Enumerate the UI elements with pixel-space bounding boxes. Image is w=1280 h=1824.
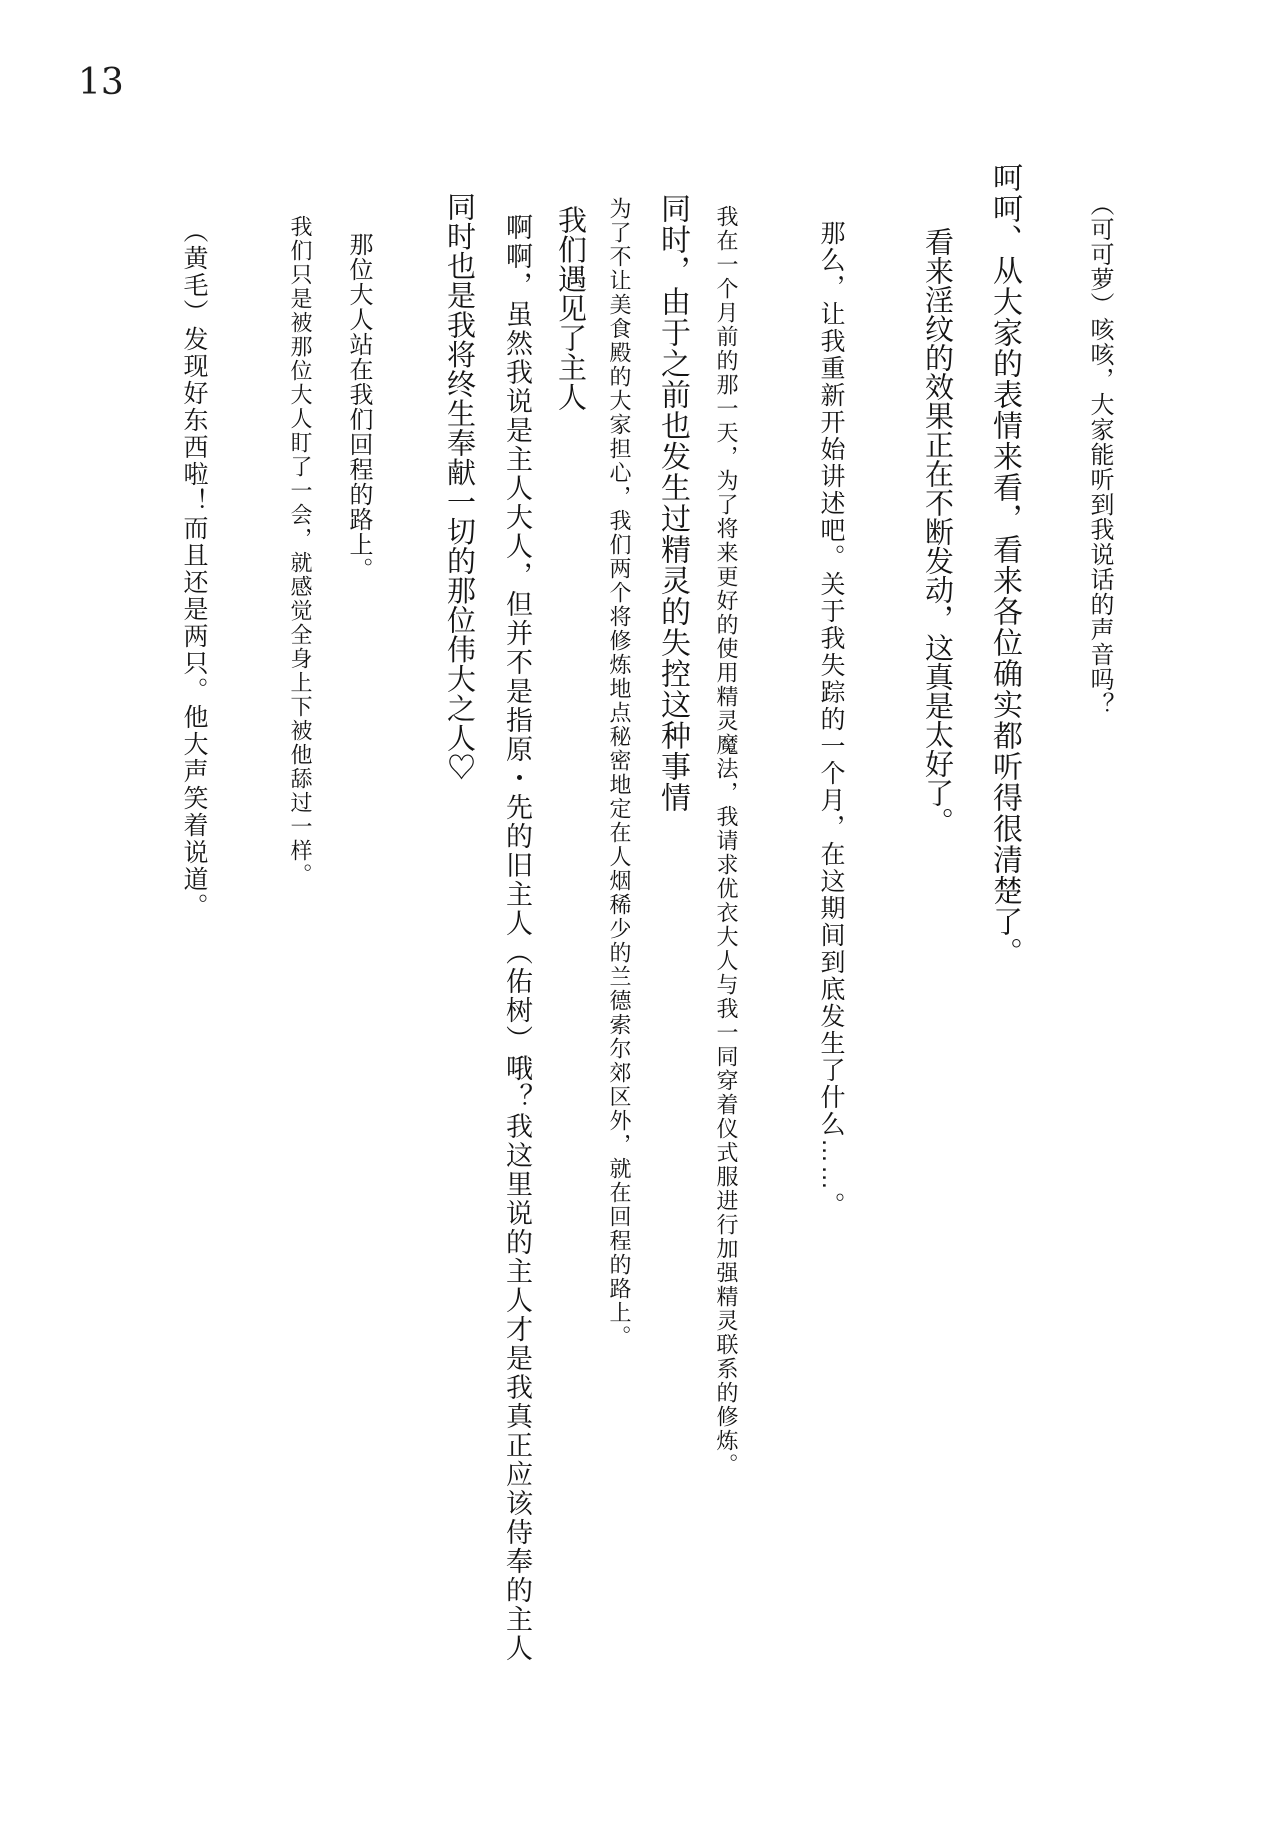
page-number: 13 xyxy=(78,62,124,103)
text-column: 我们遇见了主人 xyxy=(555,205,584,412)
text-column: 看来淫纹的效果正在不断发动，这真是太好了。 xyxy=(922,227,951,836)
text-column: （黄毛）发现好东西啦！而且还是两只。他大声笑着说道。 xyxy=(181,218,206,920)
text-column: 我在一个月前的那一天，为了将来更好的使用精灵魔法，我请求优衣大人与我一同穿着仪式… xyxy=(715,205,737,1477)
text-column: 同时，由于之前也发生过精灵的失控这种事情 xyxy=(657,193,687,813)
text-column: 那位大人站在我们回程的路上。 xyxy=(346,232,370,582)
text-column: （可可萝）咳咳，大家能听到我说话的声音吗？ xyxy=(1087,192,1111,717)
text-column: 啊啊，虽然我说是主人大人，但并不是指原・先的旧主人（佑树）哦？我这里说的主人才是… xyxy=(503,213,530,1663)
text-column: 为了不让美食殿的大家担心，我们两个将修炼地点秘密地定在人烟稀少的兰德索尔郊区外，… xyxy=(608,197,630,1349)
text-column: 我们只是被那位大人盯了一会，就感觉全身上下被他舔过一样。 xyxy=(289,215,311,887)
text-column: 同时也是我将终生奉献一切的那位伟大之人♡ xyxy=(444,192,473,782)
text-column: 呵呵、从大家的表情来看，看来各位确实都听得很清楚了。 xyxy=(989,162,1019,968)
document-page: 13 （可可萝）咳咳，大家能听到我说话的声音吗？ 呵呵、从大家的表情来看，看来各… xyxy=(0,0,1280,1824)
text-column: 那么，让我重新开始讲述吧。关于我失踪的一个月，在这期间到底发生了什么……。 xyxy=(818,220,843,1219)
